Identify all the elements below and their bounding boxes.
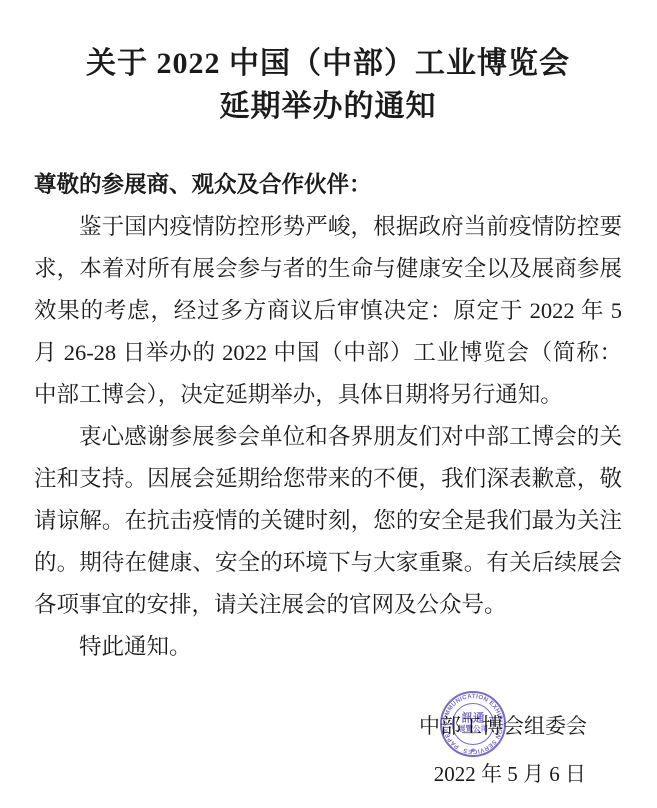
page-title: 关于 2022 中国（中部）工业博览会 延期举办的通知 [34, 42, 622, 128]
title-line-1: 关于 2022 中国（中部）工业博览会 [34, 42, 622, 85]
salutation: 尊敬的参展商、观众及合作伙伴： [34, 164, 622, 206]
body-paragraph-1: 鉴于国内疫情防控形势严峻，根据政府当前疫情防控要求，本着对所有展会参与者的生命与… [34, 206, 622, 416]
signature-organization: 中部工博会组委会 [34, 705, 622, 747]
signature-date: 2022 年 5 月 6 日 [34, 753, 622, 795]
closing-line: 特此通知。 [34, 626, 622, 668]
title-line-2: 延期举办的通知 [34, 85, 622, 128]
notice-content: 关于 2022 中国（中部）工业博览会 延期举办的通知 尊敬的参展商、观众及合作… [0, 42, 657, 795]
notice-document: 关于 2022 中国（中部）工业博览会 延期举办的通知 尊敬的参展商、观众及合作… [0, 0, 657, 808]
body-paragraph-2: 衷心感谢参展参会单位和各界朋友们对中部工博会的关注和支持。因展会延期给您带来的不… [34, 416, 622, 626]
